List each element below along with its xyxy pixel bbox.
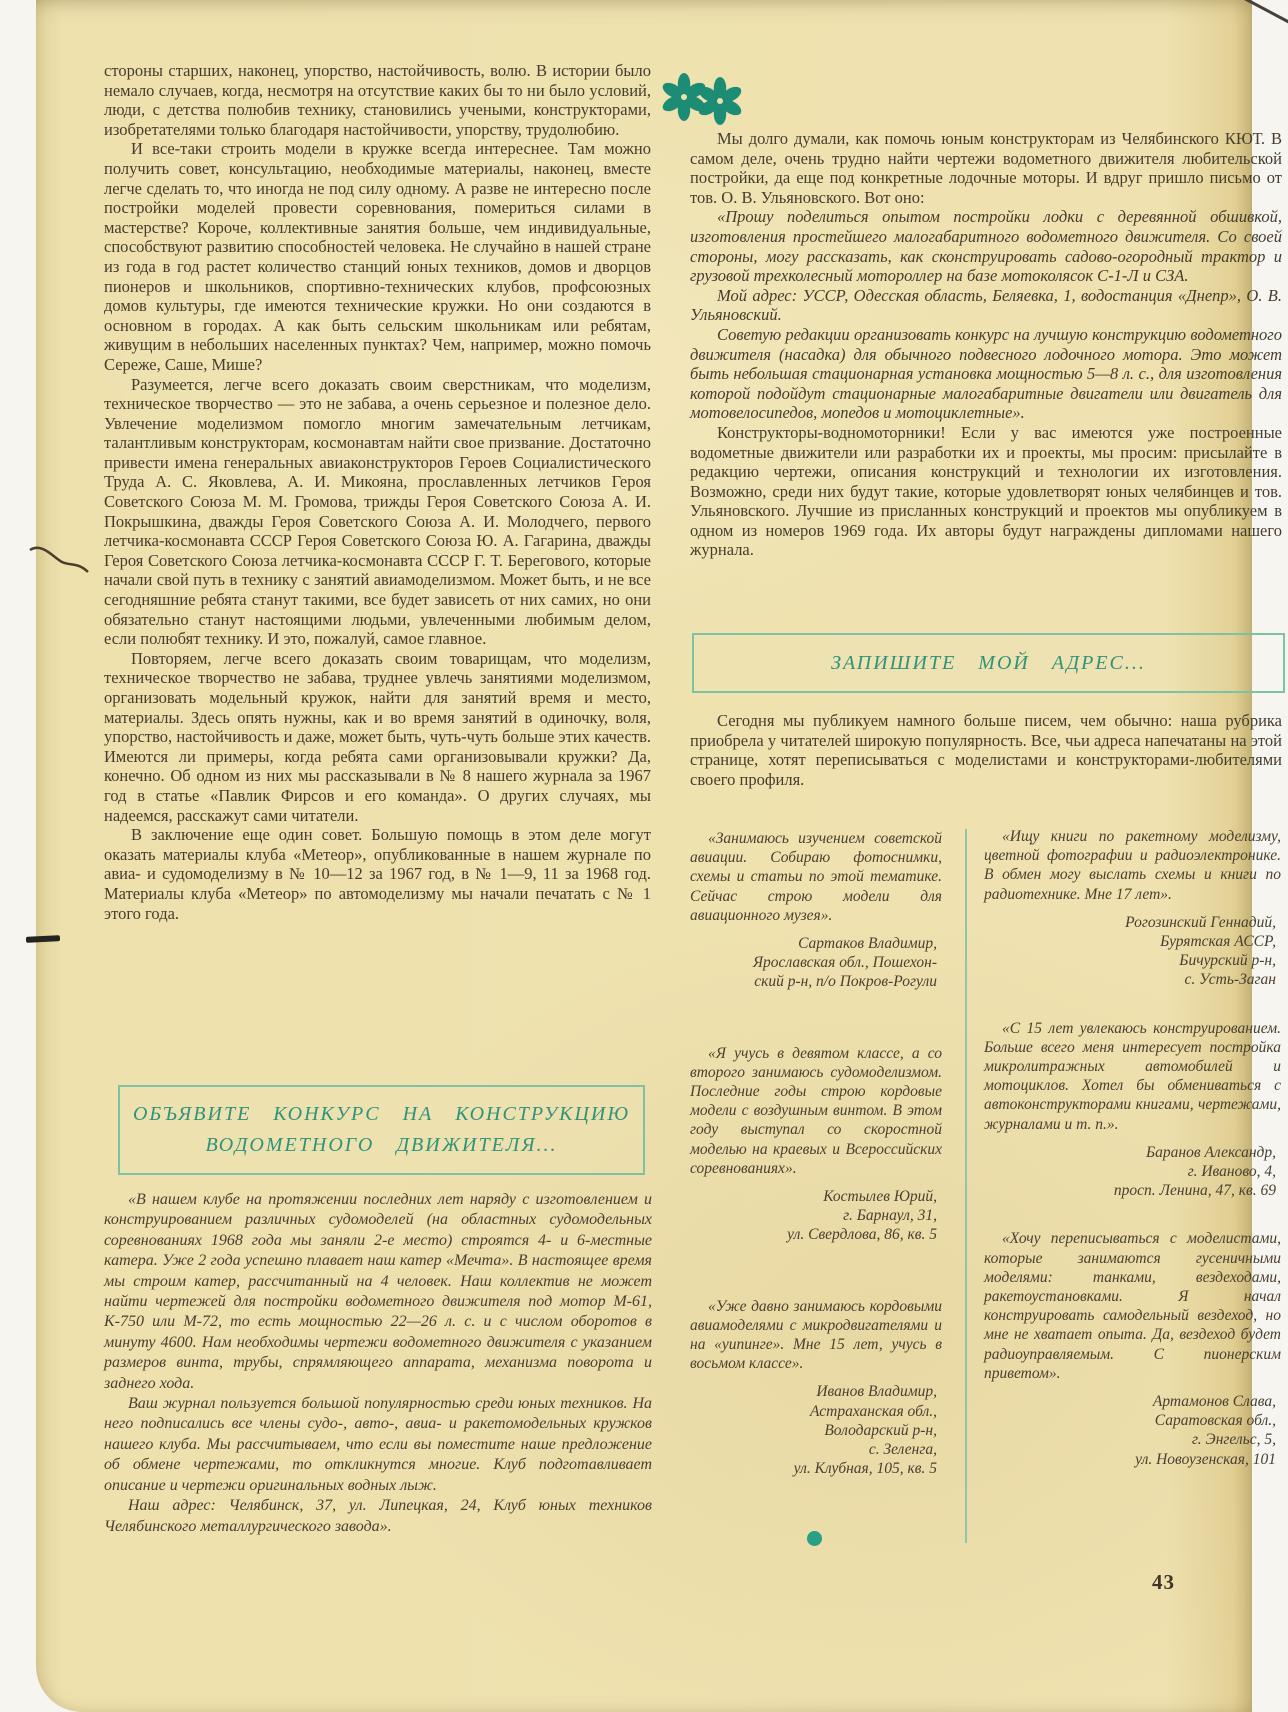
signature-line: г. Иваново, 4, bbox=[984, 1162, 1276, 1181]
contest-announcement-box: ОБЪЯВИТЕ КОНКУРС НА КОНСТРУКЦИЮ ВОДОМЕТН… bbox=[118, 1085, 645, 1175]
signature-line: ул. Клубная, 105, кв. 5 bbox=[690, 1459, 937, 1478]
signature-line: Володарский р-н, bbox=[690, 1421, 937, 1440]
letter-text: «Уже давно занимаюсь кордовыми авиамодел… bbox=[690, 1297, 942, 1374]
paragraph: Повторяем, легче всего доказать своим то… bbox=[104, 649, 651, 825]
reader-letter: «Ищу книги по ракетному моделизму, цветн… bbox=[984, 827, 1281, 990]
flower-ornament-icon bbox=[662, 72, 746, 131]
letter-paragraph: Наш адрес: Челябинск, 37, ул. Липецкая, … bbox=[104, 1496, 652, 1537]
signature-line: Иванов Владимир, bbox=[690, 1382, 937, 1401]
paragraph: Сегодня мы публикуем намного больше писе… bbox=[690, 711, 1282, 789]
reader-letter: «Уже давно занимаюсь кордовыми авиамодел… bbox=[690, 1297, 942, 1479]
letter-text: «Хочу переписываться с моделистами, кото… bbox=[984, 1229, 1281, 1383]
paragraph: стороны старших, наконец, упорство, наст… bbox=[104, 61, 651, 139]
page-number: 43 bbox=[1152, 1570, 1232, 1595]
reader-letter: «Хочу переписываться с моделистами, кото… bbox=[984, 1229, 1281, 1468]
quote-paragraph: «Прошу поделиться опытом постройки лодки… bbox=[690, 207, 1282, 285]
column-divider bbox=[965, 829, 967, 1543]
contest-box-title-line2: ВОДОМЕТНОГО ДВИЖИТЕЛЯ... bbox=[205, 1130, 557, 1161]
letter-paragraph: «В нашем клубе на протяжении последних л… bbox=[104, 1190, 652, 1394]
paragraph: В заключение еще один совет. Большую пом… bbox=[104, 825, 651, 923]
signature-line: Баранов Александр, bbox=[984, 1143, 1276, 1162]
signature-line: ский р-н, п/о Покров-Рогули bbox=[690, 972, 937, 991]
magazine-page-scan: { "colors": { "paper": "#ecdfab", "ink":… bbox=[0, 0, 1288, 1712]
address-box-title: ЗАПИШИТЕ МОЙ АДРЕС... bbox=[831, 648, 1146, 679]
appeal-paragraph: Конструкторы-водномоторники! Если у вас … bbox=[690, 423, 1282, 560]
signature-line: Саратовская обл., bbox=[984, 1411, 1276, 1430]
signature-line: Сартаков Владимир, bbox=[690, 934, 937, 953]
letters-column-left: «Занимаюсь изучением советской авиации. … bbox=[690, 829, 942, 1478]
signature-line: с. Усть-Заган bbox=[984, 970, 1276, 989]
signature-line: ул. Новоузенская, 101 bbox=[984, 1450, 1276, 1469]
quote-paragraph: Советую редакции организовать конкурс на… bbox=[690, 325, 1282, 423]
signature-line: Костылев Юрий, bbox=[690, 1187, 937, 1206]
signature-line: Бичурский р-н, bbox=[984, 951, 1276, 970]
intro-paragraph: Мы долго думали, как помочь юным констру… bbox=[690, 129, 1282, 207]
reader-letter: «С 15 лет увлекаюсь конструированием. Бо… bbox=[984, 1019, 1281, 1201]
left-column: стороны старших, наконец, упорство, наст… bbox=[104, 61, 651, 923]
letter-text: «Занимаюсь изучением советской авиации. … bbox=[690, 829, 942, 925]
signature-line: г. Барнаул, 31, bbox=[690, 1206, 937, 1225]
letter-signature: Артамонов Слава, Саратовская обл., г. Эн… bbox=[984, 1392, 1281, 1469]
signature-line: Ярославская обл., Пошехон- bbox=[690, 953, 937, 972]
signature-line: г. Энгельс, 5, bbox=[984, 1430, 1276, 1449]
page-paper: стороны старших, наконец, упорство, наст… bbox=[36, 0, 1252, 1712]
contest-box-title-line1: ОБЪЯВИТЕ КОНКУРС НА КОНСТРУКЦИЮ bbox=[133, 1099, 630, 1130]
signature-line: Рогозинский Геннадий, bbox=[984, 913, 1276, 932]
signature-line: ул. Свердлова, 86, кв. 5 bbox=[690, 1225, 937, 1244]
address-rubric-box: ЗАПИШИТЕ МОЙ АДРЕС... bbox=[692, 633, 1285, 693]
letter-signature: Иванов Владимир, Астраханская обл., Воло… bbox=[690, 1382, 942, 1478]
letter-signature: Рогозинский Геннадий, Бурятская АССР, Би… bbox=[984, 913, 1281, 990]
rubric-intro: Сегодня мы публикуем намного больше писе… bbox=[690, 711, 1282, 789]
club-letter: «В нашем клубе на протяжении последних л… bbox=[104, 1190, 652, 1537]
paragraph: И все-таки строить модели в кружке всегд… bbox=[104, 139, 651, 374]
letter-text: «Ищу книги по ракетному моделизму, цветн… bbox=[984, 827, 1281, 904]
signature-line: Артамонов Слава, bbox=[984, 1392, 1276, 1411]
letter-paragraph: Ваш журнал пользуется большой популярнос… bbox=[104, 1394, 652, 1496]
letter-signature: Сартаков Владимир, Ярославская обл., Пош… bbox=[690, 934, 942, 992]
letter-text: «Я учусь в девятом классе, а со второго … bbox=[690, 1044, 942, 1178]
quote-paragraph: Мой адрес: УССР, Одесская область, Беляе… bbox=[690, 286, 1282, 325]
reader-letter: «Я учусь в девятом классе, а со второго … bbox=[690, 1044, 942, 1245]
letters-column-right: «Ищу книги по ракетному моделизму, цветн… bbox=[984, 827, 1281, 1469]
scan-tear-mark bbox=[28, 540, 92, 587]
signature-line: просп. Ленина, 47, кв. 69 bbox=[984, 1181, 1276, 1200]
right-column-top: Мы долго думали, как помочь юным констру… bbox=[690, 129, 1282, 560]
signature-line: с. Зеленга, bbox=[690, 1440, 937, 1459]
green-dot-bullet bbox=[807, 1531, 822, 1546]
reader-letter: «Занимаюсь изучением советской авиации. … bbox=[690, 829, 942, 992]
signature-line: Астраханская обл., bbox=[690, 1402, 937, 1421]
letter-signature: Костылев Юрий, г. Барнаул, 31, ул. Сверд… bbox=[690, 1187, 942, 1245]
letter-text: «С 15 лет увлекаюсь конструированием. Бо… bbox=[984, 1019, 1281, 1134]
paragraph: Разумеется, легче всего доказать своим с… bbox=[104, 375, 651, 649]
signature-line: Бурятская АССР, bbox=[984, 932, 1276, 951]
letter-signature: Баранов Александр, г. Иваново, 4, просп.… bbox=[984, 1143, 1281, 1201]
